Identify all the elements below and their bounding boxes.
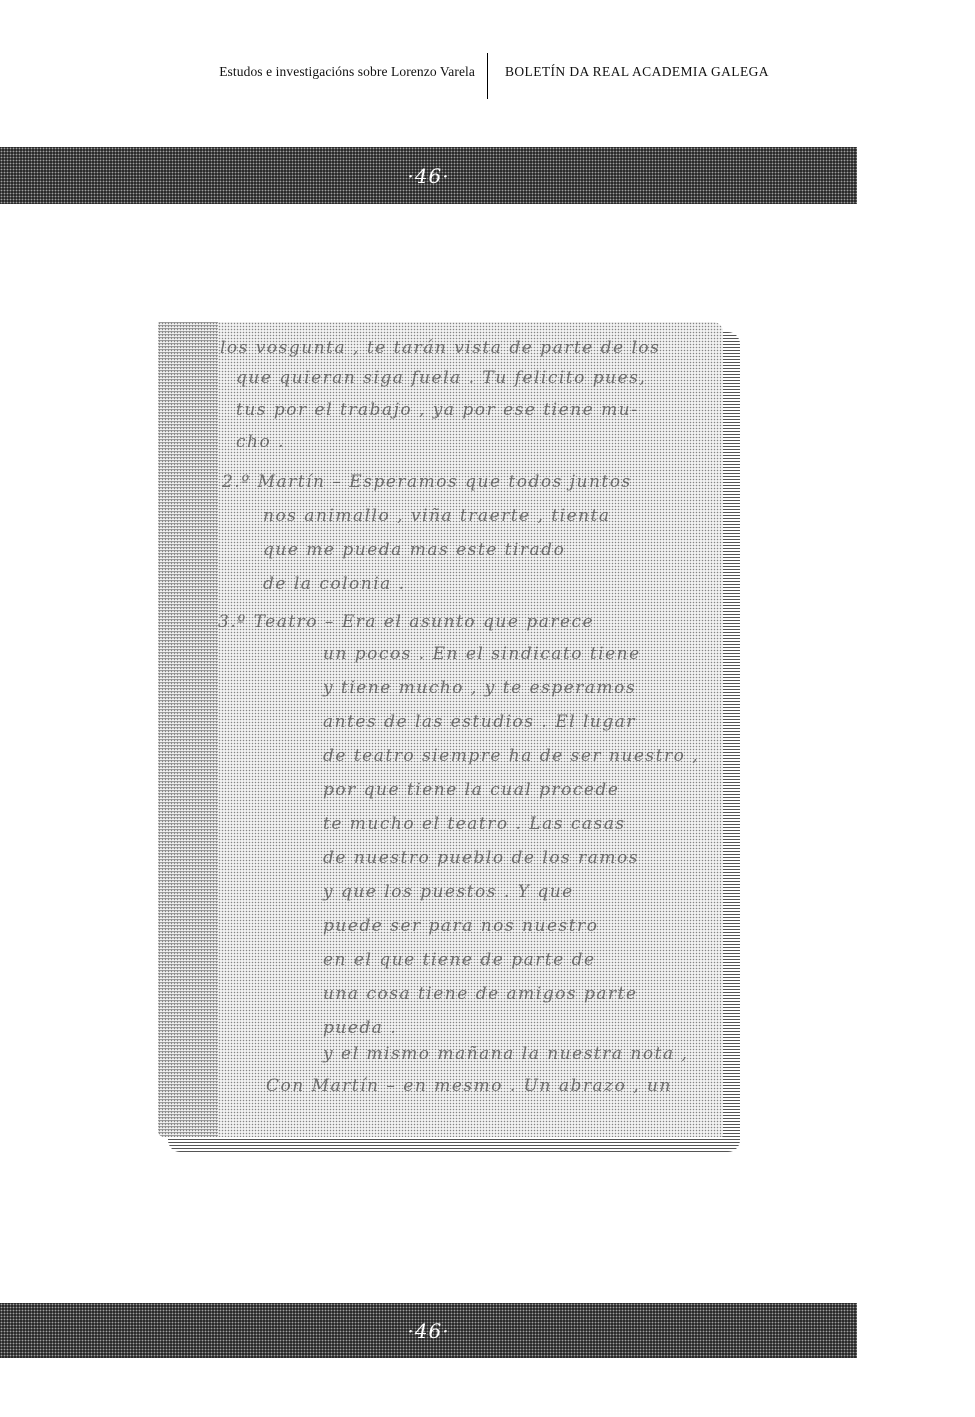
- handwritten-line: que quieran siga fuela . Tu felicito pue…: [236, 368, 646, 388]
- handwritten-line: tus por el trabajo , ya por ese tiene mu…: [236, 400, 638, 420]
- handwritten-line: y el mismo mañana la nuestra nota ,: [323, 1044, 688, 1064]
- handwritten-line: te mucho el teatro . Las casas: [323, 814, 626, 834]
- handwritten-line: un pocos . En el sindicato tiene: [323, 644, 641, 664]
- handwritten-line: pueda .: [323, 1018, 397, 1038]
- handwritten-letter-facsimile: los vosgunta , te tarán vista de parte d…: [158, 322, 740, 1152]
- running-head-journal-title: BOLETÍN DA REAL ACADEMIA GALEGA: [505, 64, 769, 80]
- bottom-page-number-banner: ·46·: [0, 1303, 857, 1358]
- running-head-divider: [487, 53, 488, 99]
- handwritten-line: de nuestro pueblo de los ramos: [323, 848, 639, 868]
- page-number-bottom: ·46·: [407, 1319, 449, 1343]
- handwritten-line: una cosa tiene de amigos parte: [323, 984, 638, 1004]
- handwritten-line: 3.º Teatro – Era el asunto que parece: [218, 612, 594, 632]
- handwritten-line: cho .: [236, 432, 285, 452]
- handwritten-line: nos animallo , viña traerte , tienta: [263, 506, 611, 526]
- running-head-section-title: Estudos e investigacións sobre Lorenzo V…: [219, 64, 475, 80]
- handwritten-line: por que tiene la cual procede: [323, 780, 619, 800]
- top-page-number-banner: ·46·: [0, 147, 857, 204]
- handwritten-line: los vosgunta , te tarán vista de parte d…: [220, 338, 660, 358]
- handwritten-line: de la colonia .: [263, 574, 406, 594]
- handwritten-line: en el que tiene de parte de: [323, 950, 596, 970]
- page-number-top: ·46·: [407, 164, 449, 188]
- handwritten-line: que me pueda mas este tirado: [263, 540, 565, 560]
- handwritten-line: de teatro siempre ha de ser nuestro ,: [323, 746, 699, 766]
- handwritten-line: antes de las estudios . El lugar: [323, 712, 636, 732]
- handwritten-line: puede ser para nos nuestro: [323, 916, 598, 936]
- handwritten-line: y tiene mucho , y te esperamos: [323, 678, 636, 698]
- letter-paper: los vosgunta , te tarán vista de parte d…: [158, 322, 723, 1137]
- handwritten-line: Con Martín – en mesmo . Un abrazo , un: [266, 1076, 672, 1096]
- running-head: Estudos e investigacións sobre Lorenzo V…: [0, 53, 975, 99]
- handwritten-line: 2.º Martín – Esperamos que todos juntos: [222, 472, 632, 492]
- handwritten-line: y que los puestos . Y que: [323, 882, 574, 902]
